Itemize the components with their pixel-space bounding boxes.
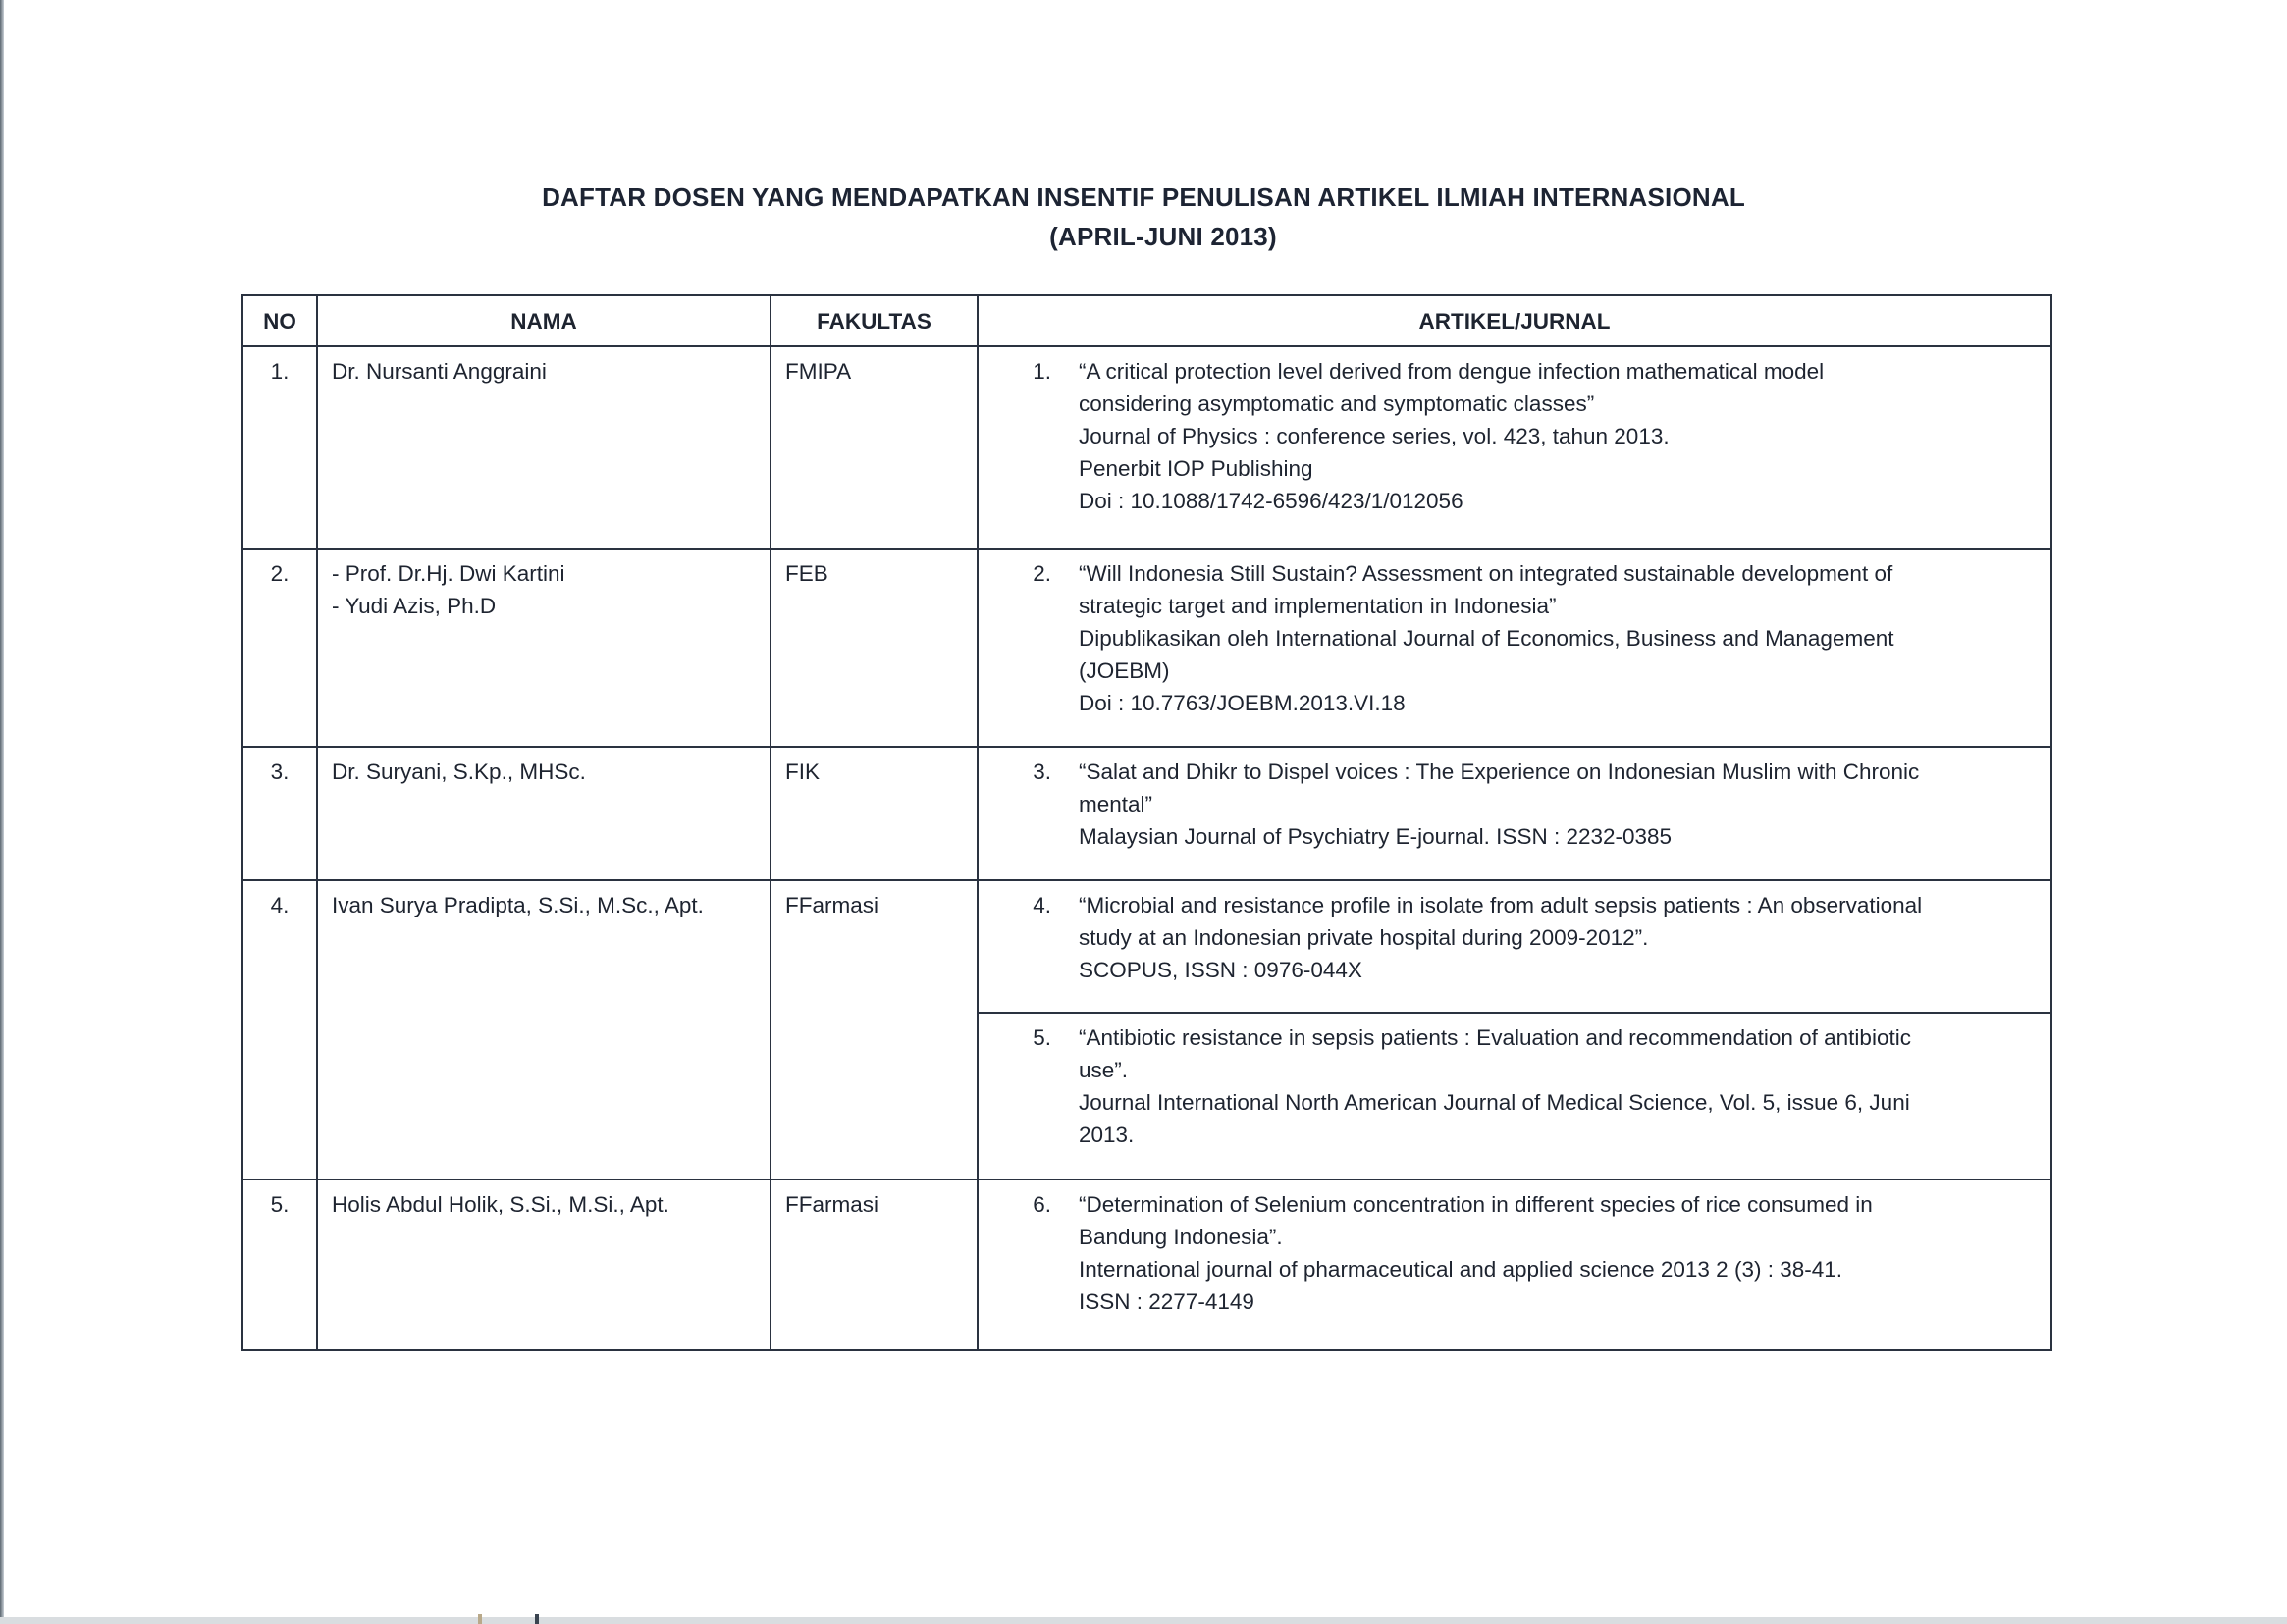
- lecturer-name: Dr. Nursanti Anggraini: [332, 355, 756, 388]
- table-row: 3.Dr. Suryani, S.Kp., MHSc.FIK3.“Salat a…: [242, 747, 2051, 880]
- article-title-line: “Will Indonesia Still Sustain? Assessmen…: [1079, 557, 2035, 590]
- article-number: 6.: [979, 1188, 1079, 1318]
- article-detail-line: Journal of Physics : conference series, …: [1079, 420, 2035, 452]
- faculty: FEB: [771, 549, 978, 747]
- lecturer-names: Holis Abdul Holik, S.Si., M.Si., Apt.: [317, 1179, 771, 1350]
- article-number: 4.: [979, 889, 1079, 986]
- article-cell: 6.“Determination of Selenium concentrati…: [978, 1179, 2051, 1350]
- article-cell: 2.“Will Indonesia Still Sustain? Assessm…: [978, 549, 2051, 747]
- lecturer-name: Ivan Surya Pradipta, S.Si., M.Sc., Apt.: [332, 889, 756, 921]
- article-details: “A critical protection level derived fro…: [1079, 355, 2035, 517]
- scan-edge-bottom: [0, 1617, 2287, 1624]
- lecturer-names: Ivan Surya Pradipta, S.Si., M.Sc., Apt.: [317, 880, 771, 1179]
- table-row: 5.Holis Abdul Holik, S.Si., M.Si., Apt.F…: [242, 1179, 2051, 1350]
- lecturer-names: Dr. Suryani, S.Kp., MHSc.: [317, 747, 771, 880]
- lecturer-name: Holis Abdul Holik, S.Si., M.Si., Apt.: [332, 1188, 756, 1221]
- article-details: “Microbial and resistance profile in iso…: [1079, 889, 2035, 986]
- article-detail-line: strategic target and implementation in I…: [1079, 590, 2035, 622]
- lecturer-names: - Prof. Dr.Hj. Dwi Kartini- Yudi Azis, P…: [317, 549, 771, 747]
- article-detail-line: Doi : 10.7763/JOEBM.2013.VI.18: [1079, 687, 2035, 719]
- article-number: 1.: [979, 355, 1079, 517]
- faculty: FMIPA: [771, 346, 978, 549]
- article-details: “Will Indonesia Still Sustain? Assessmen…: [1079, 557, 2035, 719]
- article-detail-line: Penerbit IOP Publishing: [1079, 452, 2035, 485]
- article-number: 5.: [979, 1022, 1079, 1151]
- article-entry: 6.“Determination of Selenium concentrati…: [979, 1188, 2035, 1318]
- article-details: “Salat and Dhikr to Dispel voices : The …: [1079, 756, 2035, 853]
- article-details: “Antibiotic resistance in sepsis patient…: [1079, 1022, 2035, 1151]
- article-detail-line: International journal of pharmaceutical …: [1079, 1253, 2035, 1285]
- article-number: 2.: [979, 557, 1079, 719]
- table-row: 4.Ivan Surya Pradipta, S.Si., M.Sc., Apt…: [242, 880, 2051, 1013]
- lecturer-incentive-table: NO NAMA FAKULTAS ARTIKEL/JURNAL 1.Dr. Nu…: [241, 294, 2052, 1351]
- article-cell: 4.“Microbial and resistance profile in i…: [978, 880, 2051, 1013]
- row-number: 1.: [242, 346, 317, 549]
- article-entry: 2.“Will Indonesia Still Sustain? Assessm…: [979, 557, 2035, 719]
- row-number: 5.: [242, 1179, 317, 1350]
- article-number: 3.: [979, 756, 1079, 853]
- article-entry: 3.“Salat and Dhikr to Dispel voices : Th…: [979, 756, 2035, 853]
- document-subtitle-period: (APRIL-JUNI 2013): [20, 222, 2287, 252]
- article-detail-line: 2013.: [1079, 1119, 2035, 1151]
- lecturer-name: - Yudi Azis, Ph.D: [332, 590, 756, 622]
- article-detail-line: Dipublikasikan oleh International Journa…: [1079, 622, 2035, 655]
- article-detail-line: SCOPUS, ISSN : 0976-044X: [1079, 954, 2035, 986]
- article-detail-line: Journal International North American Jou…: [1079, 1086, 2035, 1119]
- article-entry: 4.“Microbial and resistance profile in i…: [979, 889, 2035, 986]
- article-detail-line: use”.: [1079, 1054, 2035, 1086]
- scan-edge-left: [0, 0, 4, 1624]
- header-no: NO: [242, 295, 317, 346]
- lecturer-name: - Prof. Dr.Hj. Dwi Kartini: [332, 557, 756, 590]
- scan-mark: [478, 1614, 482, 1624]
- article-title-line: “Microbial and resistance profile in iso…: [1079, 889, 2035, 921]
- article-title-line: “A critical protection level derived fro…: [1079, 355, 2035, 388]
- table-header-row: NO NAMA FAKULTAS ARTIKEL/JURNAL: [242, 295, 2051, 346]
- article-details: “Determination of Selenium concentration…: [1079, 1188, 2035, 1318]
- scan-mark: [535, 1614, 539, 1624]
- article-detail-line: mental”: [1079, 788, 2035, 820]
- faculty: FFarmasi: [771, 880, 978, 1179]
- article-detail-line: (JOEBM): [1079, 655, 2035, 687]
- faculty: FIK: [771, 747, 978, 880]
- table-body: 1.Dr. Nursanti AnggrainiFMIPA1.“A critic…: [242, 346, 2051, 1350]
- header-artikel: ARTIKEL/JURNAL: [978, 295, 2051, 346]
- article-title-line: “Determination of Selenium concentration…: [1079, 1188, 2035, 1221]
- row-number: 3.: [242, 747, 317, 880]
- row-number: 4.: [242, 880, 317, 1179]
- document-title: DAFTAR DOSEN YANG MENDAPATKAN INSENTIF P…: [0, 183, 2287, 213]
- table-row: 1.Dr. Nursanti AnggrainiFMIPA1.“A critic…: [242, 346, 2051, 549]
- article-cell: 1.“A critical protection level derived f…: [978, 346, 2051, 549]
- header-fakultas: FAKULTAS: [771, 295, 978, 346]
- article-detail-line: ISSN : 2277-4149: [1079, 1285, 2035, 1318]
- lecturer-name: Dr. Suryani, S.Kp., MHSc.: [332, 756, 756, 788]
- table-row: 2.- Prof. Dr.Hj. Dwi Kartini- Yudi Azis,…: [242, 549, 2051, 747]
- article-detail-line: Malaysian Journal of Psychiatry E-journa…: [1079, 820, 2035, 853]
- article-title-line: “Antibiotic resistance in sepsis patient…: [1079, 1022, 2035, 1054]
- lecturer-names: Dr. Nursanti Anggraini: [317, 346, 771, 549]
- article-title-line: “Salat and Dhikr to Dispel voices : The …: [1079, 756, 2035, 788]
- article-cell: 3.“Salat and Dhikr to Dispel voices : Th…: [978, 747, 2051, 880]
- header-nama: NAMA: [317, 295, 771, 346]
- article-detail-line: study at an Indonesian private hospital …: [1079, 921, 2035, 954]
- article-detail-line: Doi : 10.1088/1742-6596/423/1/012056: [1079, 485, 2035, 517]
- row-number: 2.: [242, 549, 317, 747]
- faculty: FFarmasi: [771, 1179, 978, 1350]
- article-detail-line: considering asymptomatic and symptomatic…: [1079, 388, 2035, 420]
- article-entry: 5.“Antibiotic resistance in sepsis patie…: [979, 1022, 2035, 1151]
- article-entry: 1.“A critical protection level derived f…: [979, 355, 2035, 517]
- article-detail-line: Bandung Indonesia”.: [1079, 1221, 2035, 1253]
- article-cell: 5.“Antibiotic resistance in sepsis patie…: [978, 1013, 2051, 1179]
